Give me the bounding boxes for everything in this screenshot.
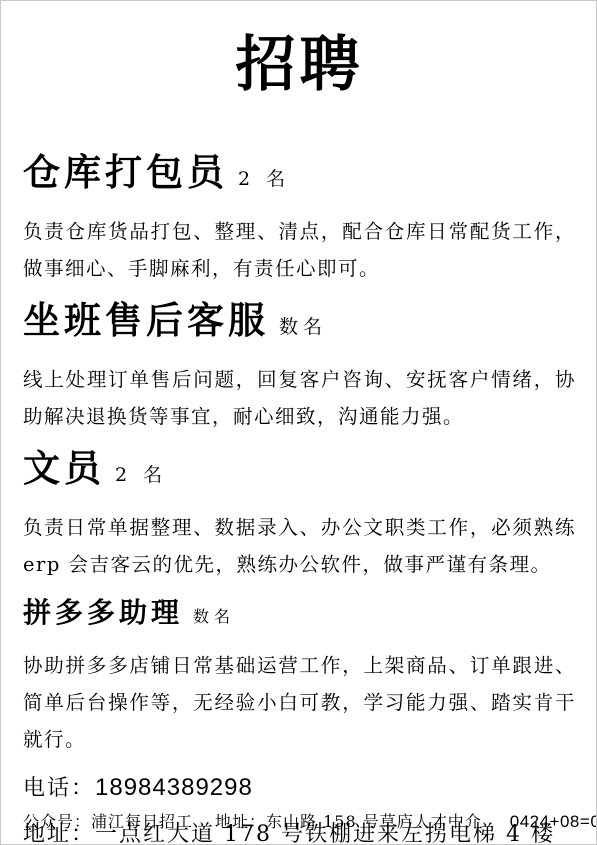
job-description: 协助拼多多店铺日常基础运营工作，上架商品、订单跟进、简单后台操作等，无经验小白可… [23, 647, 576, 758]
job-section-after-sales-service: 坐班售后客服 数名 线上处理订单售后问题，回复客户咨询、安抚客户情绪，协助解决退… [23, 295, 576, 435]
job-heading: 仓库打包员 2 名 [23, 147, 576, 205]
job-heading: 拼多多助理 数名 [23, 591, 576, 639]
phone-line: 电话：18984389298 [23, 772, 576, 805]
phone-number: 18984389298 [95, 774, 253, 801]
job-title: 仓库打包员 [23, 147, 228, 199]
job-section-pinduoduo-assistant: 拼多多助理 数名 协助拼多多店铺日常基础运营工作，上架商品、订单跟进、简单后台操… [23, 591, 576, 758]
job-description: 负责日常单据整理、数据录入、办公文职类工作，必须熟练erp 会吉客云的优先，熟练… [23, 509, 576, 583]
official-account: 公众号：浦江每日招工 [23, 809, 193, 832]
job-section-clerk: 文员 2 名 负责日常单据整理、数据录入、办公文职类工作，必须熟练erp 会吉客… [23, 443, 576, 583]
job-description: 线上处理订单售后问题，回复客户咨询、安抚客户情绪，协助解决退换货等事宜，耐心细致… [23, 361, 576, 435]
page-title: 招聘 [23, 25, 576, 105]
job-heading: 坐班售后客服 数名 [23, 295, 576, 353]
job-title: 坐班售后客服 [23, 295, 269, 347]
recruitment-flyer: 招聘 仓库打包员 2 名 负责仓库货品打包、整理、清点，配合仓库日常配货工作，做… [0, 0, 597, 845]
job-count: 数名 [279, 301, 327, 353]
job-count: 2 名 [238, 153, 290, 205]
job-title: 文员 [23, 443, 105, 495]
agency-address: 地址：东山路 158 号草庐人才中介 [215, 809, 482, 832]
phone-label: 电话： [23, 776, 95, 801]
job-heading: 文员 2 名 [23, 443, 576, 501]
footer-code: 0424+08=0501 [510, 812, 597, 832]
footer: 公众号：浦江每日招工 地址：东山路 158 号草庐人才中介 0424+08=05… [23, 809, 580, 832]
job-description: 负责仓库货品打包、整理、清点，配合仓库日常配货工作，做事细心、手脚麻利，有责任心… [23, 213, 576, 287]
job-count: 2 名 [115, 449, 167, 501]
job-section-warehouse-packer: 仓库打包员 2 名 负责仓库货品打包、整理、清点，配合仓库日常配货工作，做事细心… [23, 147, 576, 287]
job-title: 拼多多助理 [23, 591, 183, 635]
job-count: 数名 [193, 595, 235, 639]
